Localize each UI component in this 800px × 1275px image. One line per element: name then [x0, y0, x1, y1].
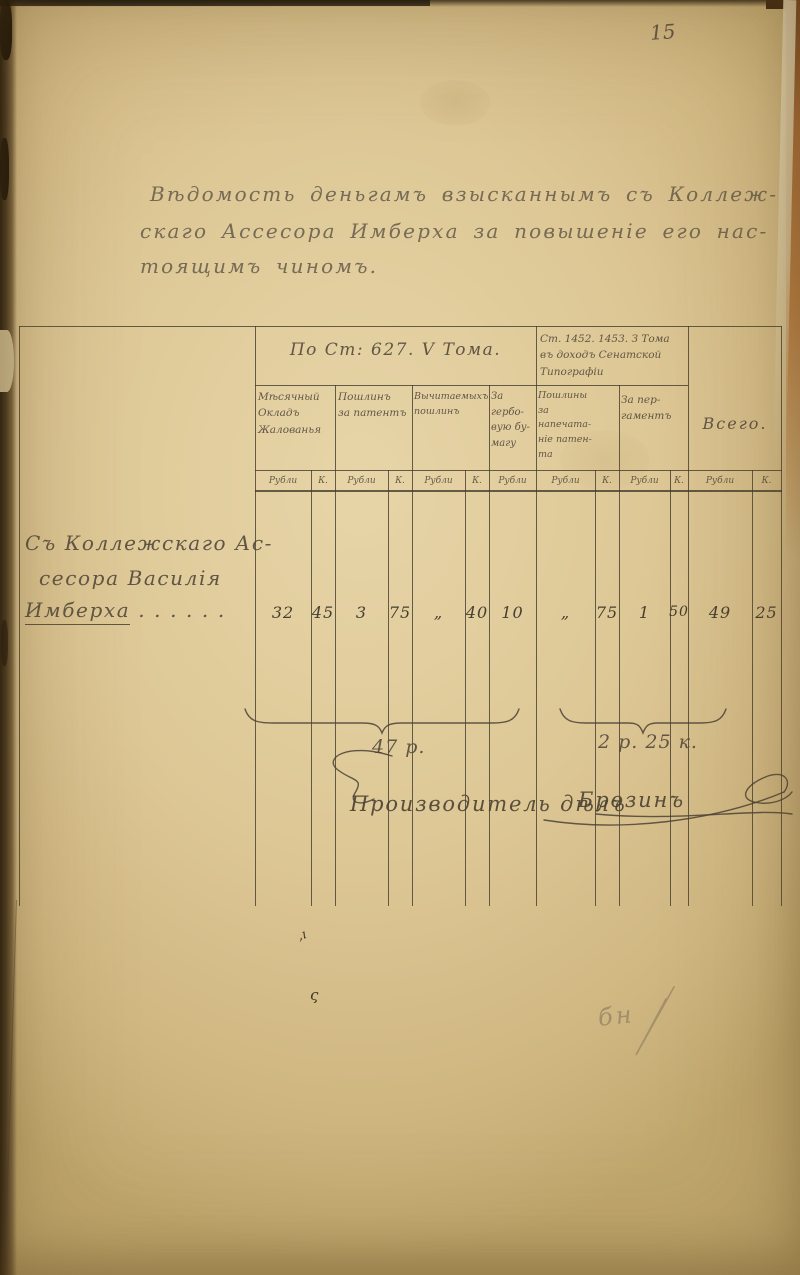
value-stamp-paper-rub: 10	[489, 596, 536, 628]
doc-title-line-2: скаго Ассесора Имберха за повышеніе его …	[140, 219, 769, 243]
col-header-stamp-paper-line-1: За гербо-	[491, 389, 535, 420]
table-line	[311, 470, 312, 906]
group-header-typography-line-2: въ доходъ Сенатской	[540, 347, 686, 363]
page-top-shadow	[0, 0, 430, 6]
table-line	[412, 385, 413, 906]
value-patent-fee-rub: 3	[335, 596, 388, 628]
torn-paper-chip	[0, 330, 14, 392]
brace-left-icon	[243, 705, 521, 739]
col-header-patent-fee-line-2: за патентъ	[338, 405, 410, 421]
subheader-rub: Рубли	[619, 472, 670, 489]
col-header-patent-fee-line-1: Пошлинъ	[338, 389, 410, 405]
table-line	[255, 385, 688, 386]
col-header-deducted-line-1: Вычитаемыхъ	[414, 390, 488, 405]
table-line	[465, 470, 466, 906]
row-label-line-3: Имберха . . . . . .	[25, 598, 226, 622]
col-header-stamp-paper-line-3: магу	[491, 436, 535, 452]
subheader-kop: К.	[465, 472, 489, 489]
subtotal-right: 2 р. 25 к.	[598, 731, 698, 753]
value-parchment-kop: 50	[670, 596, 688, 628]
col-header-printing-line-4: та	[538, 448, 594, 463]
row-label-line-1: Съ Коллежскаго Ас-	[25, 531, 273, 555]
col-header-printing-line-1: Пошлины за	[538, 389, 594, 418]
value-parchment-rub: 1	[619, 596, 670, 628]
value-deducted-rub: „	[412, 596, 465, 628]
table-line	[489, 385, 490, 906]
subheader-rub: Рубли	[412, 472, 465, 489]
group-header-statute-627: По Ст: 627. V Тома.	[259, 340, 532, 360]
row-label-name-underlined: Имберха	[25, 598, 130, 625]
subheader-rub: Рубли	[688, 472, 752, 489]
binding-blot	[1, 620, 8, 666]
paper-stain	[420, 80, 490, 126]
binding-blot	[0, 138, 9, 200]
row-label-leader-dots: . . . . . .	[130, 598, 226, 622]
stray-ink-mark: ,ı	[296, 927, 309, 944]
col-header-parchment-line-2: гаментъ	[621, 408, 687, 424]
value-total-rub: 49	[688, 596, 752, 628]
page-number: 15	[649, 19, 676, 45]
binding-blot	[0, 0, 12, 60]
table-line	[335, 385, 336, 906]
manuscript-page: 15 Вѣдомость деньгамъ взысканнымъ съ Кол…	[0, 0, 800, 1275]
doc-title-line-1: Вѣдомость деньгамъ взысканнымъ съ Коллеж…	[150, 182, 778, 206]
signature-swash-icon	[540, 762, 796, 852]
value-printing-kop: 75	[595, 596, 619, 628]
pencil-check-icon	[622, 985, 682, 1063]
value-deducted-kop: 40	[465, 596, 489, 628]
subheader-kop: К.	[670, 472, 688, 489]
subheader-rub: Рубли	[335, 472, 388, 489]
value-salary-kop: 45	[311, 596, 335, 628]
doc-title-line-3: тоящимъ чиномъ.	[140, 254, 378, 278]
subheader-kop: К.	[311, 472, 335, 489]
col-header-stamp-paper-line-2: вую бу-	[491, 420, 535, 436]
table-line	[19, 326, 782, 327]
subheader-kop: К.	[388, 472, 412, 489]
col-header-total: Всего.	[690, 414, 780, 433]
value-printing-rub: „	[536, 596, 595, 628]
subheader-kop: К.	[595, 472, 619, 489]
subheader-rub: Рубли	[489, 472, 536, 489]
col-header-salary-line-2: Окладъ	[258, 405, 332, 421]
col-header-printing-line-3: ніе патен-	[538, 433, 594, 448]
subheader-kop: К.	[752, 472, 781, 489]
subheader-rub: Рубли	[255, 472, 311, 489]
col-header-deducted-line-2: пошлинъ	[414, 405, 488, 420]
table-line	[388, 470, 389, 906]
subheader-rub: Рубли	[536, 472, 595, 489]
group-header-typography-line-3: Типографіи	[540, 364, 686, 380]
value-salary-rub: 32	[255, 596, 311, 628]
value-total-kop: 25	[752, 596, 781, 628]
row-label-line-2: сесора Василія	[39, 566, 222, 590]
stray-ink-mark: ς	[310, 986, 318, 1004]
col-header-salary-line-1: Мѣсячный	[258, 389, 332, 405]
group-header-typography-line-1: Ст. 1452. 1453. З Тома	[540, 331, 686, 347]
value-patent-fee-kop: 75	[388, 596, 412, 628]
col-header-parchment-line-1: За пер-	[621, 392, 687, 408]
col-header-salary-line-3: Жалованья	[258, 422, 332, 438]
table-line	[19, 326, 20, 906]
col-header-printing-line-2: напечата-	[538, 418, 594, 433]
